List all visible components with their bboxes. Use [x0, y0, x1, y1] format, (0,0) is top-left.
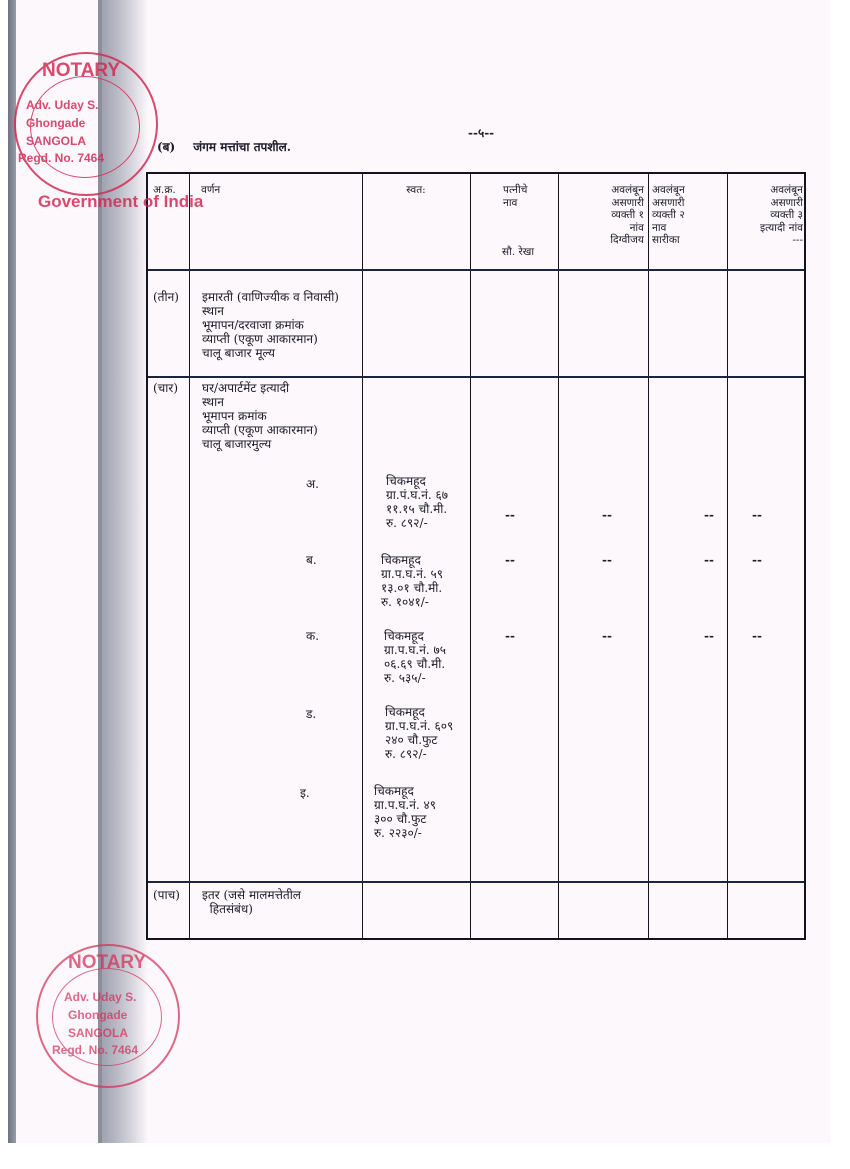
column-divider: [558, 174, 559, 938]
sub-item-self: चिकमहूद ग्रा.प.घ.नं. ५९ १३.०१ चौ.मी. रु.…: [381, 553, 443, 609]
sub-item-self: चिकमहूद ग्रा.प.घ.नं. ६०९ २४० चौ.फुट रु. …: [385, 705, 453, 761]
header-self: स्वत:: [362, 184, 470, 197]
column-divider: [727, 174, 728, 938]
notary-stamp-bottom: NOTARY Adv. Uday S. Ghongade SANGOLA Reg…: [36, 944, 180, 1088]
row-description: इतर (जसे मालमत्तेतील हितसंबंध): [202, 888, 301, 916]
sub-item-wife: --: [505, 629, 515, 643]
row-divider: [148, 269, 804, 271]
stamp-title: NOTARY: [42, 60, 120, 82]
row-serial: (तीन): [153, 290, 179, 304]
row-serial: (पाच): [153, 888, 180, 902]
scan-edge-shadow: [8, 0, 16, 1143]
header-dependent-3: अवलंबून असणारी व्यक्ती ३ इत्यादी नांव --…: [730, 184, 803, 247]
stamp-line: Regd. No. 7464: [52, 1043, 138, 1057]
sub-item-dep3: --: [752, 508, 762, 522]
sub-item-label: ब.: [306, 553, 317, 567]
section-marker: (ब): [157, 140, 175, 154]
sub-item-dep1: --: [602, 629, 612, 643]
sub-item-wife: --: [505, 553, 515, 567]
sub-item-label: ड.: [306, 707, 316, 721]
sub-item-self: चिकमहूद ग्रा.पं.घ.नं. ६७ ११.१५ चौ.मी. रु…: [386, 474, 448, 530]
stamp-ring-text: Government of India: [38, 192, 203, 212]
header-dependent-1: अवलंबून असणारी व्यक्ती १ नांव दिग्वीजय: [560, 184, 644, 247]
sub-item-dep3: --: [752, 629, 762, 643]
sub-item-dep1: --: [602, 553, 612, 567]
row-divider: [148, 376, 804, 378]
column-divider: [362, 174, 363, 938]
sub-item-dep1: --: [602, 508, 612, 522]
stamp-line: Adv. Uday S.: [64, 990, 136, 1004]
page-number: --५--: [468, 124, 494, 141]
sub-item-wife: --: [505, 508, 515, 522]
row-description: घर/अपार्टमेंट इत्यादी स्थान भूमापन क्रमा…: [202, 381, 318, 451]
sub-item-label: क.: [306, 629, 319, 643]
header-wife-name: सौ. रेखा: [502, 246, 534, 259]
header-wife: पत्नीचे नाव: [503, 184, 527, 209]
column-divider: [470, 174, 471, 938]
row-description: इमारती (वाणिज्यीक व निवासी) स्थान भूमापन…: [202, 290, 339, 360]
column-divider: [648, 174, 649, 938]
sub-item-dep2: --: [704, 553, 714, 567]
stamp-line: Ghongade: [26, 116, 85, 130]
stamp-line: SANGOLA: [26, 134, 86, 148]
sub-item-self: चिकमहूद ग्रा.प.घ.नं. ४९ ३०० चौ.फुट रु. २…: [374, 784, 436, 840]
row-serial: (चार): [153, 381, 178, 395]
sub-item-label: इ.: [300, 786, 310, 800]
column-divider: [189, 174, 190, 938]
notary-stamp-top: NOTARY Adv. Uday S. Ghongade SANGOLA Reg…: [14, 52, 158, 196]
movable-assets-table: अ.क्र. वर्णन स्वत: पत्नीचे नाव सौ. रेखा …: [146, 172, 806, 940]
stamp-title: NOTARY: [68, 952, 146, 974]
stamp-line: Ghongade: [68, 1008, 127, 1022]
sub-item-dep2: --: [704, 508, 714, 522]
section-title: जंगम मत्तांचा तपशील.: [193, 140, 291, 154]
stamp-line: Adv. Uday S.: [26, 98, 98, 112]
section-heading: (ब)जंगम मत्तांचा तपशील.: [157, 138, 291, 155]
sub-item-self: चिकमहूद ग्रा.प.घ.नं. ७५ ०६.६९ चौ.मी. रु.…: [384, 629, 446, 685]
row-divider: [148, 881, 804, 883]
header-dependent-2: अवलंबून असणारी व्यक्ती २ नाव सारीका: [652, 184, 685, 247]
header-description: वर्णन: [201, 184, 220, 197]
stamp-line: SANGOLA: [68, 1026, 128, 1040]
sub-item-dep3: --: [752, 553, 762, 567]
sub-item-dep2: --: [704, 629, 714, 643]
sub-item-label: अ.: [306, 477, 319, 491]
stamp-line: Regd. No. 7464: [18, 151, 104, 165]
